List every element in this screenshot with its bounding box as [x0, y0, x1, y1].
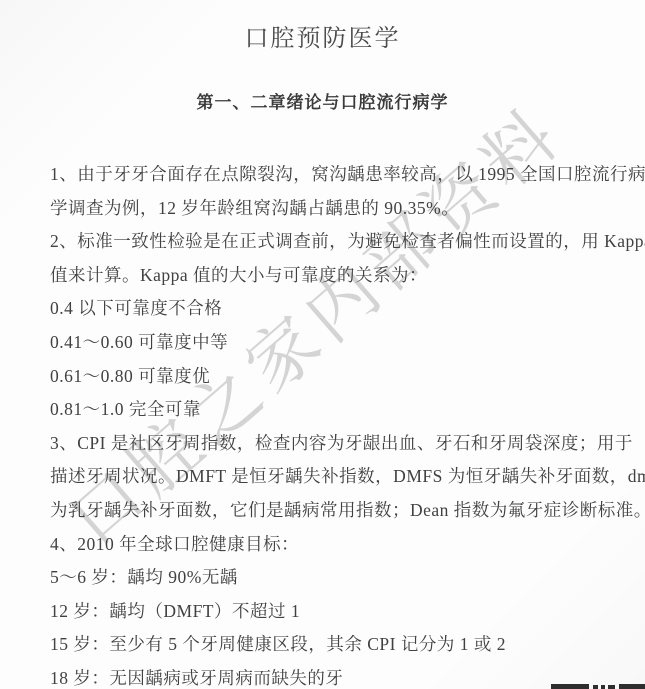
text-line: 4、2010 年全球口腔健康目标： — [50, 528, 625, 562]
fragment-bar — [551, 684, 589, 689]
text-line: 1、由于牙牙合面存在点隙裂沟，窝沟龋患率较高，以 1995 全国口腔流行病 — [50, 158, 625, 192]
chapter-heading: 第一、二章绪论与口腔流行病学 — [0, 88, 645, 113]
fragment-bar — [601, 685, 605, 689]
text-line: 2、标准一致性检验是在正式调查前，为避免检查者偏性而设置的，用 Kappa — [50, 225, 625, 259]
document-page: 口腔之家内部资料 口腔预防医学 第一、二章绪论与口腔流行病学 1、由于牙牙合面存… — [0, 0, 645, 689]
text-line: 3、CPI 是社区牙周指数，检查内容为牙龈出血、牙石和牙周袋深度；用于 — [50, 427, 625, 461]
text-line: 0.61～0.80 可靠度优 — [50, 360, 625, 394]
text-line: 学调查为例，12 岁年龄组窝沟龋占龋患的 90.35%。 — [50, 192, 625, 226]
text-line: 15 岁：至少有 5 个牙周健康区段，其余 CPI 记分为 1 或 2 — [50, 628, 625, 662]
text-line: 为乳牙龋失补牙面数，它们是龋病常用指数；Dean 指数为氟牙症诊断标准。 — [50, 494, 625, 528]
text-line: 0.81～1.0 完全可靠 — [50, 393, 625, 427]
page-title: 口腔预防医学 — [0, 18, 645, 53]
text-line: 18 岁：无因龋病或牙周病而缺失的牙 — [50, 662, 625, 689]
fragment-bar — [619, 684, 645, 689]
text-line: 0.41～0.60 可靠度中等 — [50, 326, 625, 360]
document-body: 1、由于牙牙合面存在点隙裂沟，窝沟龋患率较高，以 1995 全国口腔流行病学调查… — [50, 158, 625, 689]
cropped-bottom-right-fragment — [545, 683, 645, 689]
fragment-bar — [608, 685, 615, 689]
text-line: 0.4 以下可靠度不合格 — [50, 292, 625, 326]
fragment-bar — [593, 685, 598, 689]
text-line: 值来计算。Kappa 值的大小与可靠度的关系为： — [50, 259, 625, 293]
text-line: 12 岁：龋均（DMFT）不超过 1 — [50, 595, 625, 629]
text-line: 5～6 岁：龋均 90%无龋 — [50, 561, 625, 595]
text-line: 描述牙周状况。DMFT 是恒牙龋失补指数，DMFS 为恒牙龋失补牙面数，dmfs — [50, 460, 625, 494]
